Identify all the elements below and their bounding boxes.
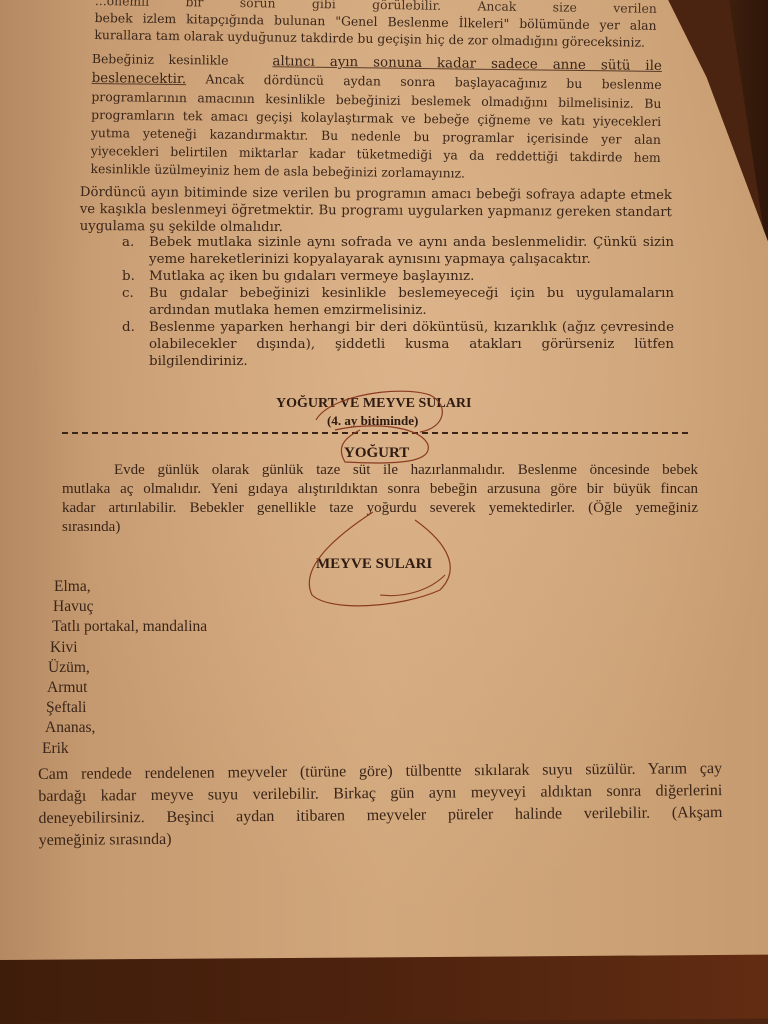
fruit-item: Ananas,: [40, 718, 207, 738]
yogurt-heading: YOĞURT: [344, 445, 409, 462]
juices-heading: MEYVE SULARI: [316, 556, 432, 573]
section-divider: [62, 432, 688, 434]
rule-d-line-2: olabilecekler dışında), şiddetli kusma a…: [149, 336, 674, 353]
fruit-item: Armut: [40, 678, 207, 698]
fruit-item: Elma,: [40, 577, 207, 597]
para2-underlined-2: beslenecektir.: [92, 71, 187, 87]
rule-marker-c: c.: [122, 285, 134, 302]
rule-a-line-1: Bebek mutlaka sizinle aynı sofrada ve ay…: [149, 234, 674, 251]
rule-item-b: b. Mutlaka aç iken bu gıdaları vermeye b…: [122, 268, 674, 285]
desk-background-bottom: [0, 955, 768, 1024]
rules-list: a. Bebek mutlaka sizinle aynı sofrada ve…: [122, 234, 674, 370]
intro-paragraph: ...önemli bir sorun gibi görülebilir. An…: [94, 0, 657, 51]
section-title: YOĞURT VE MEYVE SULARI: [276, 396, 471, 412]
rule-marker-a: a.: [122, 234, 134, 251]
paragraph-exclusive-breastfeeding: Bebeğiniz kesinlikle altıncı ayın sonuna…: [90, 50, 662, 185]
rule-d-line-3: bilgilendiriniz.: [149, 353, 674, 370]
rule-marker-d: d.: [122, 319, 135, 336]
rule-b-line-1: Mutlaka aç iken bu gıdaları vermeye başl…: [149, 268, 674, 285]
fruit-item: Şeftali: [40, 698, 207, 718]
rule-item-d: d. Beslenme yaparken herhangi bir deri d…: [122, 319, 674, 370]
paragraph-program-purpose: Dördüncü ayın bitiminde size verilen bu …: [80, 184, 672, 238]
fruit-item: Üzüm,: [40, 658, 207, 678]
juices-paragraph: Cam rendede rendelenen meyveler (türüne …: [38, 758, 723, 852]
rule-c-line-1: Bu gıdalar bebeğinizi kesinlikle besleme…: [149, 285, 674, 302]
fruit-item: Havuç: [40, 597, 207, 617]
fruit-item: Erik: [40, 739, 207, 759]
rule-a-line-2: yeme hareketlerinizi kopyalayarak aynısı…: [149, 251, 674, 268]
yogurt-paragraph: Evde günlük olarak günlük taze süt ile h…: [62, 461, 698, 537]
section-subtitle: (4. ay bitiminde): [327, 413, 418, 429]
rule-c-line-2: ardından mutlaka hemen emzirmelisiniz.: [149, 302, 674, 319]
rule-item-a: a. Bebek mutlaka sizinle aynı sofrada ve…: [122, 234, 674, 268]
para2-lead: Bebeğiniz kesinlikle: [92, 51, 229, 68]
yogurt-line-2: mutlaka aç olmalıdır. Yeni gıdaya alıştı…: [62, 480, 698, 499]
rule-d-line-1: Beslenme yaparken herhangi bir deri dökü…: [149, 319, 674, 336]
yogurt-line-4: sırasında): [62, 518, 698, 537]
rule-item-c: c. Bu gıdalar bebeğinizi kesinlikle besl…: [122, 285, 674, 319]
yogurt-line-1: Evde günlük olarak günlük taze süt ile h…: [62, 461, 698, 480]
rule-marker-b: b.: [122, 268, 135, 285]
fruit-item: Kivi: [40, 638, 207, 658]
fruit-item: Tatlı portakal, mandalina: [40, 617, 207, 637]
fruit-list: Elma, Havuç Tatlı portakal, mandalina Ki…: [40, 577, 207, 759]
para2-rest: Ancak dördüncü aydan sonra başlayacağını…: [205, 71, 661, 92]
yogurt-line-3: kadar artırılabilir. Bebekler genellikle…: [62, 499, 698, 518]
